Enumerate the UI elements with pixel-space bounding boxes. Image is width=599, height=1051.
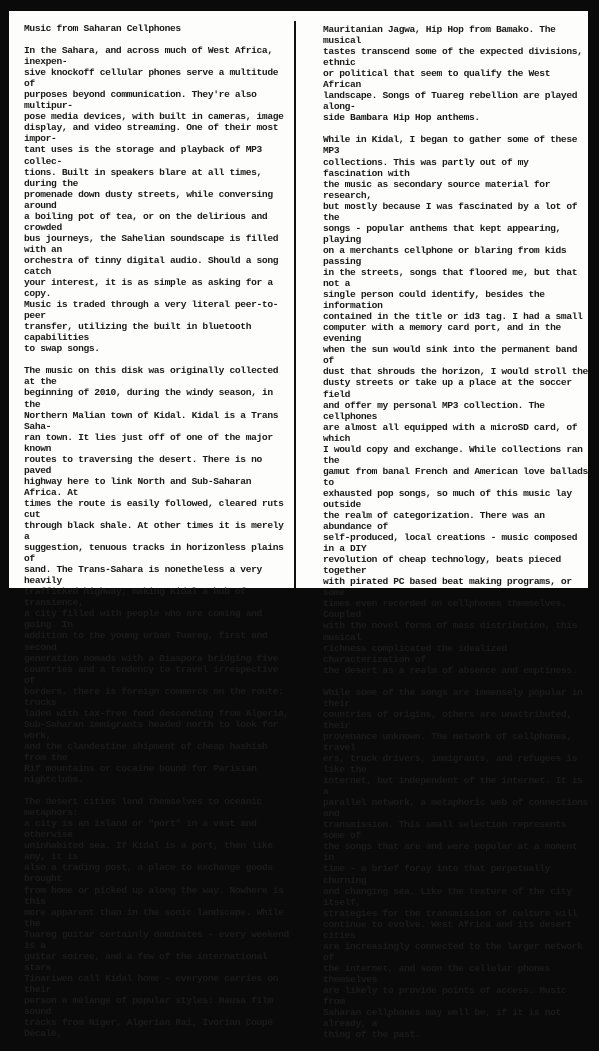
document-title: Music from Saharan Cellphones (24, 23, 290, 34)
right-column: Mauritanian Jagwa, Hip Hop from Bamako. … (323, 24, 589, 603)
paragraph-kidal: The music on this disk was originally co… (24, 365, 290, 603)
paragraph-intro: In the Sahara, and across much of West A… (24, 45, 290, 354)
left-column: Music from Saharan Cellphones In the Sah… (24, 23, 290, 603)
column-divider (294, 21, 296, 588)
liner-notes-page: Music from Saharan Cellphones In the Sah… (9, 11, 588, 588)
paragraph-collecting: While in Kidal, I began to gather some o… (323, 134, 589, 603)
paragraph-musical-tastes: Mauritanian Jagwa, Hip Hop from Bamako. … (323, 24, 589, 123)
